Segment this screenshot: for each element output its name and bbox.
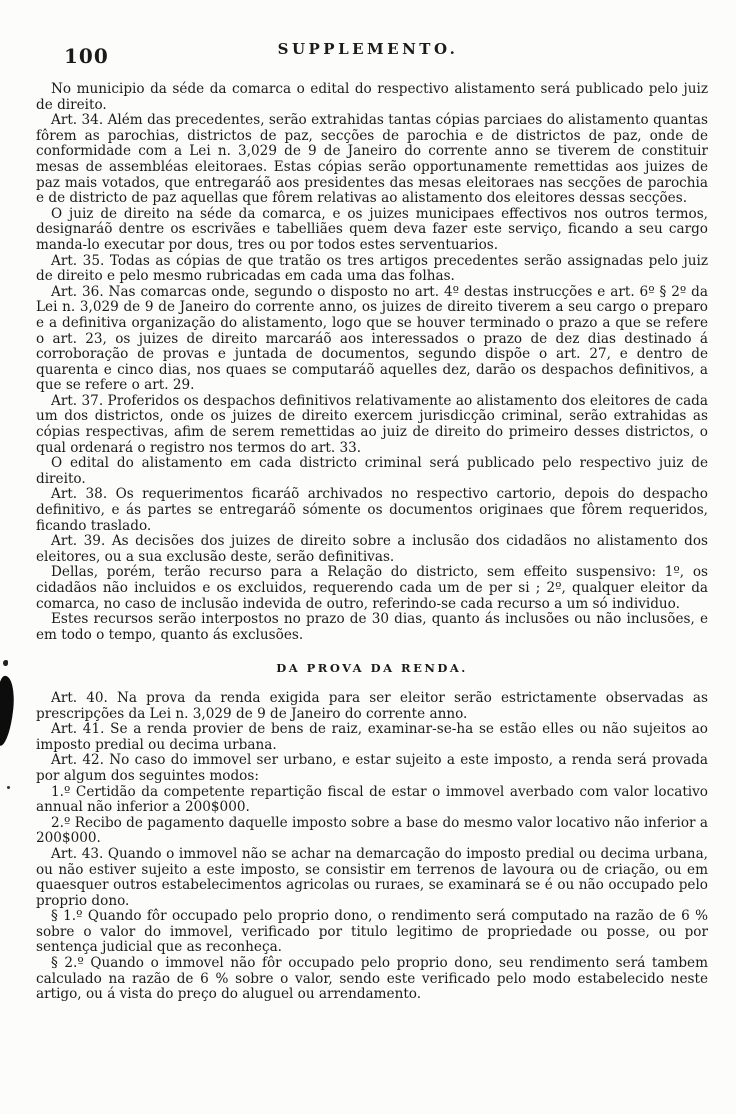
paragraph-art-42: Art. 42. No caso do immovel ser urbano, … — [36, 753, 708, 784]
paragraph-art-35: Art. 35. Todas as cópias de que tratão o… — [36, 254, 708, 285]
paragraph-art-38: Art. 38. Os requerimentos ficaráõ archiv… — [36, 487, 708, 534]
paragraph-edital-publicacao: No municipio da séde da comarca o edital… — [36, 82, 708, 113]
page-header: 100 SUPPLEMENTO. — [0, 0, 736, 74]
paragraph-art-39: Art. 39. As decisões dos juizes de direi… — [36, 534, 708, 565]
paragraph-art-43-par-2: § 2.º Quando o immovel não fôr occupado … — [36, 956, 708, 1003]
section-heading-prova-da-renda: DA PROVA DA RENDA. — [36, 661, 708, 677]
paragraph-art-34: Art. 34. Além das precedentes, serão ext… — [36, 113, 708, 207]
ink-speck — [3, 660, 8, 666]
paragraph-art-36: Art. 36. Nas comarcas onde, segundo o di… — [36, 285, 708, 394]
paragraph-modo-1-certidao: 1.º Certidão da competente repartição fi… — [36, 785, 708, 816]
paragraph-prazo-recursos: Estes recursos serão interpostos no praz… — [36, 612, 708, 643]
document-body: No municipio da séde da comarca o edital… — [0, 74, 736, 1003]
paragraph-art-37: Art. 37. Proferidos os despachos definit… — [36, 394, 708, 456]
paragraph-recursos-relacao: Dellas, porém, terão recurso para a Rela… — [36, 565, 708, 612]
paragraph-designacao-serventuarios: O juiz de direito na séde da comarca, e … — [36, 207, 708, 254]
paragraph-modo-2-recibo: 2.º Recibo de pagamento daquelle imposto… — [36, 816, 708, 847]
page-title: SUPPLEMENTO. — [0, 40, 736, 58]
paragraph-edital-districto-criminal: O edital do alistamento em cada district… — [36, 456, 708, 487]
paragraph-art-41: Art. 41. Se a renda provier de bens de r… — [36, 722, 708, 753]
scanned-document-page: 100 SUPPLEMENTO. No municipio da séde da… — [0, 0, 736, 1114]
page-number: 100 — [64, 44, 109, 68]
paragraph-art-43-par-1: § 1.º Quando fôr occupado pelo proprio d… — [36, 909, 708, 956]
paragraph-art-40: Art. 40. Na prova da renda exigida para … — [36, 691, 708, 722]
paragraph-art-43: Art. 43. Quando o immovel não se achar n… — [36, 847, 708, 909]
ink-speck — [7, 786, 10, 789]
